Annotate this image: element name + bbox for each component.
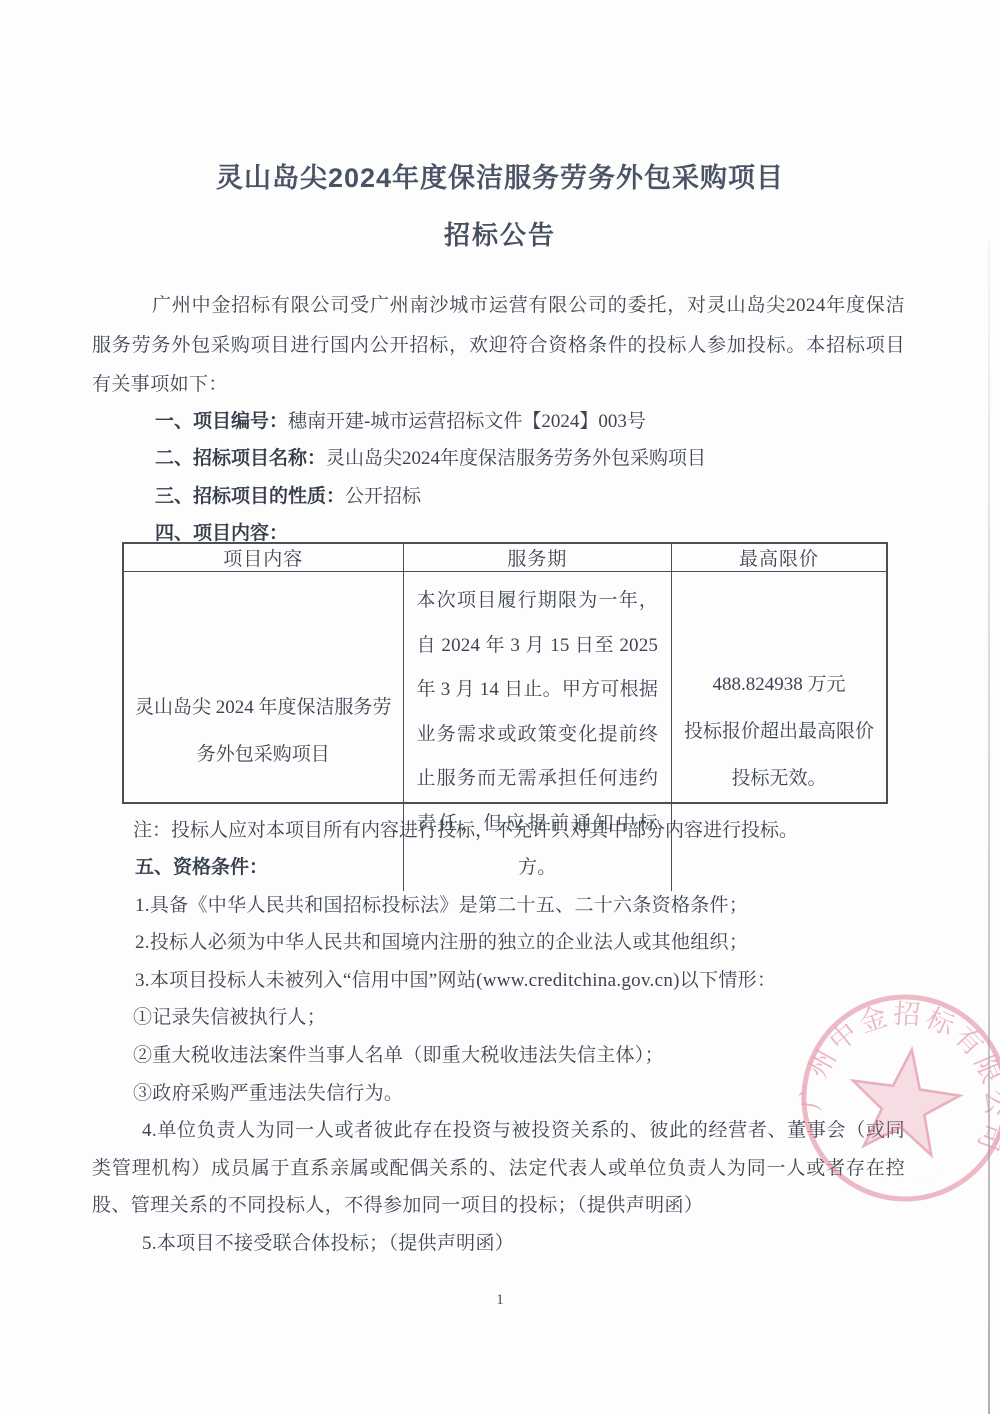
scan-page-edge-line [988, 240, 990, 1414]
table-note: 注：投标人应对本项目所有内容进行投标，不允许只对其中部分内容进行投标。 [92, 812, 905, 850]
item-project-number-value: 穗南开建-城市运营招标文件【2024】003号 [288, 411, 646, 432]
item-project-nature: 三、招标项目的性质：公开招标 [92, 478, 905, 515]
item-project-name-value: 灵山岛尖2024年度保洁服务劳务外包采购项目 [326, 448, 706, 469]
table-header-row: 项目内容 服务期 最高限价 [124, 544, 886, 572]
clause-2: 2.投标人必须为中华人民共和国境内注册的独立的企业法人或其他组织； [92, 924, 905, 962]
price-limit-amount: 488.824938 万元 [713, 661, 846, 708]
price-limit-note-line1: 投标报价超出最高限价 [684, 708, 874, 755]
price-limit-note-line2: 投标无效。 [732, 755, 827, 802]
seal-star-icon [844, 1042, 965, 1158]
clause-1: 1.具备《中华人民共和国招标投标法》是第二十五、二十六条资格条件； [92, 887, 905, 925]
item-project-nature-label: 三、招标项目的性质： [155, 486, 345, 507]
seal-company-name: 广州中金招标有限公司 [793, 985, 1000, 1160]
qualifications-heading: 五、资格条件： [92, 849, 905, 887]
company-seal-stamp: 广州中金招标有限公司 · · · · · · · · · · [793, 983, 1000, 1213]
project-content-table: 项目内容 服务期 最高限价 灵山岛尖 2024 年度保洁服务劳务外包采购项目 本… [122, 542, 888, 804]
clause-3: 3.本项目投标人未被列入“信用中国”网站(www.creditchina.gov… [92, 962, 905, 1000]
project-name-text: 灵山岛尖 2024 年度保洁服务劳务外包采购项目 [134, 684, 393, 778]
table-header-project-content: 项目内容 [124, 544, 404, 571]
item-project-number-label: 一、项目编号： [155, 411, 288, 432]
intro-paragraph: 广州中金招标有限公司受广州南沙城市运营有限公司的委托，对灵山岛尖2024年度保洁… [92, 286, 905, 405]
table-header-service-period: 服务期 [404, 544, 673, 571]
item-project-number: 一、项目编号：穗南开建-城市运营招标文件【2024】003号 [92, 403, 905, 440]
scanned-document-page: { "document": { "title": "灵山岛尖2024年度保洁服务… [0, 0, 1000, 1414]
clause-4: 4.单位负责人为同一人或者彼此存在投资与被投资关系的、彼此的经营者、董事会（或同… [92, 1112, 905, 1225]
table-header-price-limit: 最高限价 [672, 544, 886, 571]
clause-3-sub2: ②重大税收违法案件当事人名单（即重大税收违法失信主体）； [92, 1037, 905, 1075]
item-project-nature-value: 公开招标 [345, 486, 421, 507]
clause-3-sub1: ①记录失信被执行人； [92, 999, 905, 1037]
document-title: 灵山岛尖2024年度保洁服务劳务外包采购项目 [0, 156, 1000, 195]
clause-3-sub3: ③政府采购严重违法失信行为。 [92, 1075, 905, 1113]
item-project-name: 二、招标项目名称：灵山岛尖2024年度保洁服务劳务外包采购项目 [92, 440, 905, 477]
clause-5: 5.本项目不接受联合体投标；（提供声明函） [92, 1225, 905, 1263]
page-number: 1 [0, 1292, 1000, 1309]
svg-text:广州中金招标有限公司: 广州中金招标有限公司 [793, 985, 1000, 1160]
document-subtitle: 招标公告 [0, 215, 1000, 252]
item-project-name-label: 二、招标项目名称： [155, 448, 326, 469]
item-project-content-label: 四、项目内容： [155, 523, 288, 544]
